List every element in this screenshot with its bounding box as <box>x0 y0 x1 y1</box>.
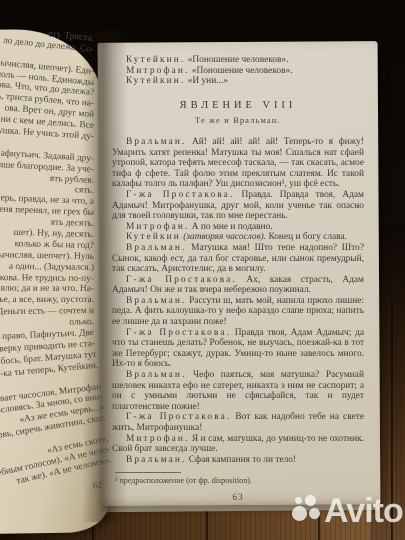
speaker-name: Митрофан. <box>126 434 189 444</box>
speech-paragraph: Вральман. Ай! ай! ай! ай! ай! Теперь-то … <box>112 137 364 190</box>
right-page-top-paragraphs: Кутейкин. «Поношение человеков».Митрофан… <box>112 55 364 87</box>
speech-paragraph: Г-жа Простакова. Правда твоя, Адам Адамы… <box>112 328 364 370</box>
speaker-name: Г-жа Простакова. <box>126 412 231 422</box>
speaker-name: Митрофан. <box>126 222 189 232</box>
speaker-name: Г-жа Простакова. <box>126 328 231 338</box>
speaker-name: Вральман. <box>126 296 186 306</box>
speaker-name: Митрофан. <box>126 66 189 76</box>
speech-paragraph: Кутейкин. «Поношение человеков». <box>112 55 364 66</box>
footnote-rule <box>115 472 181 473</box>
left-page-number: 62 <box>92 480 103 491</box>
speech-paragraph: Митрофан. Я и сам, матушка, до умниц-то … <box>112 434 364 455</box>
speech-paragraph: Вральман. Чефо паяться, мая матушка? Рас… <box>112 370 364 412</box>
speaker-name: Вральман. <box>126 455 186 465</box>
speech-paragraph: Кутейкин (затворяя часослов). Конец и бо… <box>112 232 364 243</box>
speech-paragraph: Митрофан. «Поношение человеков». <box>112 66 364 77</box>
speech-paragraph: Вральман. Рассути ш, мать мой, напила пр… <box>112 296 364 328</box>
scene-heading: ЯВЛЕНИЕ VIII <box>112 101 364 112</box>
book-photo: ет). Триста.ло дело до дележа. Со-ычисля… <box>0 0 405 540</box>
speaker-name: Вральман. <box>126 137 186 147</box>
right-page-text: Кутейкин. «Поношение человеков».Митрофан… <box>112 55 364 503</box>
right-page-number: 63 <box>112 492 364 503</box>
speaker-name: Кутейкин. <box>126 76 185 86</box>
speaker-name: Кутейкин <box>126 232 181 242</box>
speech-paragraph: Митрофан. А по мне и подавно. <box>112 222 364 233</box>
stage-direction: (затворяя часослов). <box>181 232 266 242</box>
footnote-text: ¹ предрасположение (от фр. disposition). <box>115 476 364 487</box>
speech-paragraph: Кутейкин. «И уни...» <box>112 76 364 87</box>
left-page-line: мученье, а все, вижу, пустота. <box>0 295 94 306</box>
speech-paragraph: Г-жа Простакова. Вот как надобно тебе на… <box>112 412 364 433</box>
left-page-line: прибавлю; да и не за что. На- <box>0 283 94 295</box>
plank-seam <box>391 300 393 540</box>
speaker-name: Кутейкин. <box>126 55 185 65</box>
speech-paragraph: Г-жа Простакова. Правда. Правда твоя, Ад… <box>112 190 364 222</box>
speech-paragraph: Г-жа Простакова. Ах, какая страсть, Адам… <box>112 275 364 296</box>
right-page-body: Вральман. Ай! ай! ай! ай! ай! Теперь-то … <box>112 137 364 465</box>
speech-paragraph: Вральман. Сфая кампания то ли тело! <box>112 455 364 466</box>
speaker-name: Г-жа Простакова. <box>126 190 234 200</box>
speaker-name: Вральман. <box>126 243 186 253</box>
speaker-name: Вральман. <box>126 370 186 380</box>
scene-cast-line: Те же и Вральман. <box>112 116 364 127</box>
speaker-name: Г-жа Простакова. <box>126 275 237 285</box>
speech-paragraph: Вральман. Матушка мая! Што тепе надопно?… <box>112 243 364 275</box>
left-page-text: ет). Триста.ло дело до дележа. Со-ычисля… <box>0 34 94 470</box>
